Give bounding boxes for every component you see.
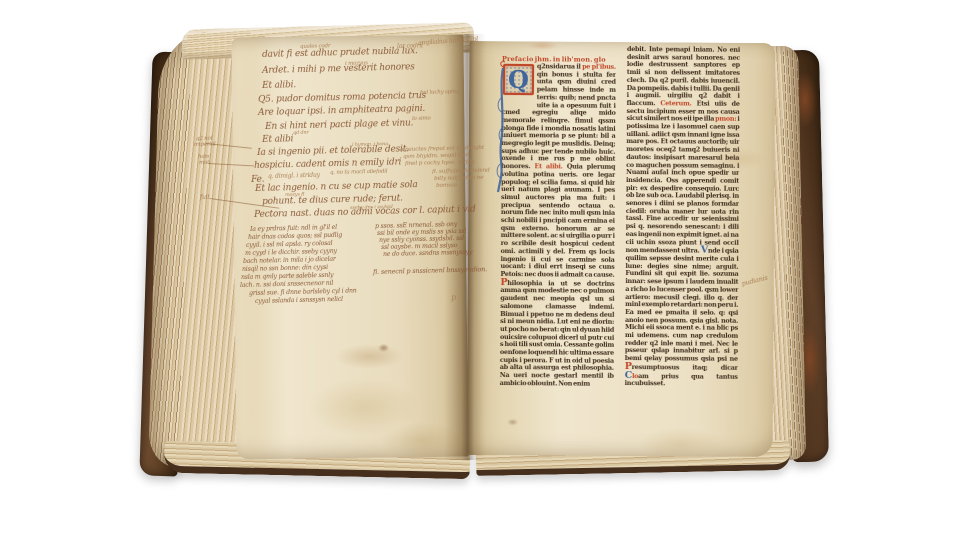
left-page-vellum (231, 35, 468, 460)
text-segment-ink: hilosophia ia ut se doctrins amma qsm mo… (500, 279, 615, 388)
photo-canvas: davit fi est adhuc prudet nubila lux.qua… (0, 0, 960, 541)
text-segment-ink: debit. Inte pemapi lniam. No eni desinit… (627, 46, 740, 107)
text-segment-ink: nde i qsia quilim sepsse desint merite c… (625, 247, 739, 363)
text-column-right: debit. Inte pemapi lniam. No eni desinit… (624, 46, 740, 419)
initial-flourish-penwork (496, 58, 512, 198)
text-segment-ink: i potissima lze i lasomuel caen sup uill… (626, 115, 740, 255)
text-segment-ink: am prius qua tantus incubuisset. (625, 372, 738, 388)
text-column-left: Prefacio jhm. in lib'mon. glo q2nsidarua… (500, 55, 616, 414)
text-segment-ink: Quia plerumq volutina potina ueris. ore … (500, 163, 615, 279)
gothic-text-body: debit. Inte pemapi lniam. No eni desinit… (625, 46, 740, 389)
gothic-text-body: q2nsidarua il pe pl'ibus. qin bonus i st… (500, 63, 616, 388)
text-segment-ink: resumptuosus itaq; dicar (632, 363, 738, 372)
